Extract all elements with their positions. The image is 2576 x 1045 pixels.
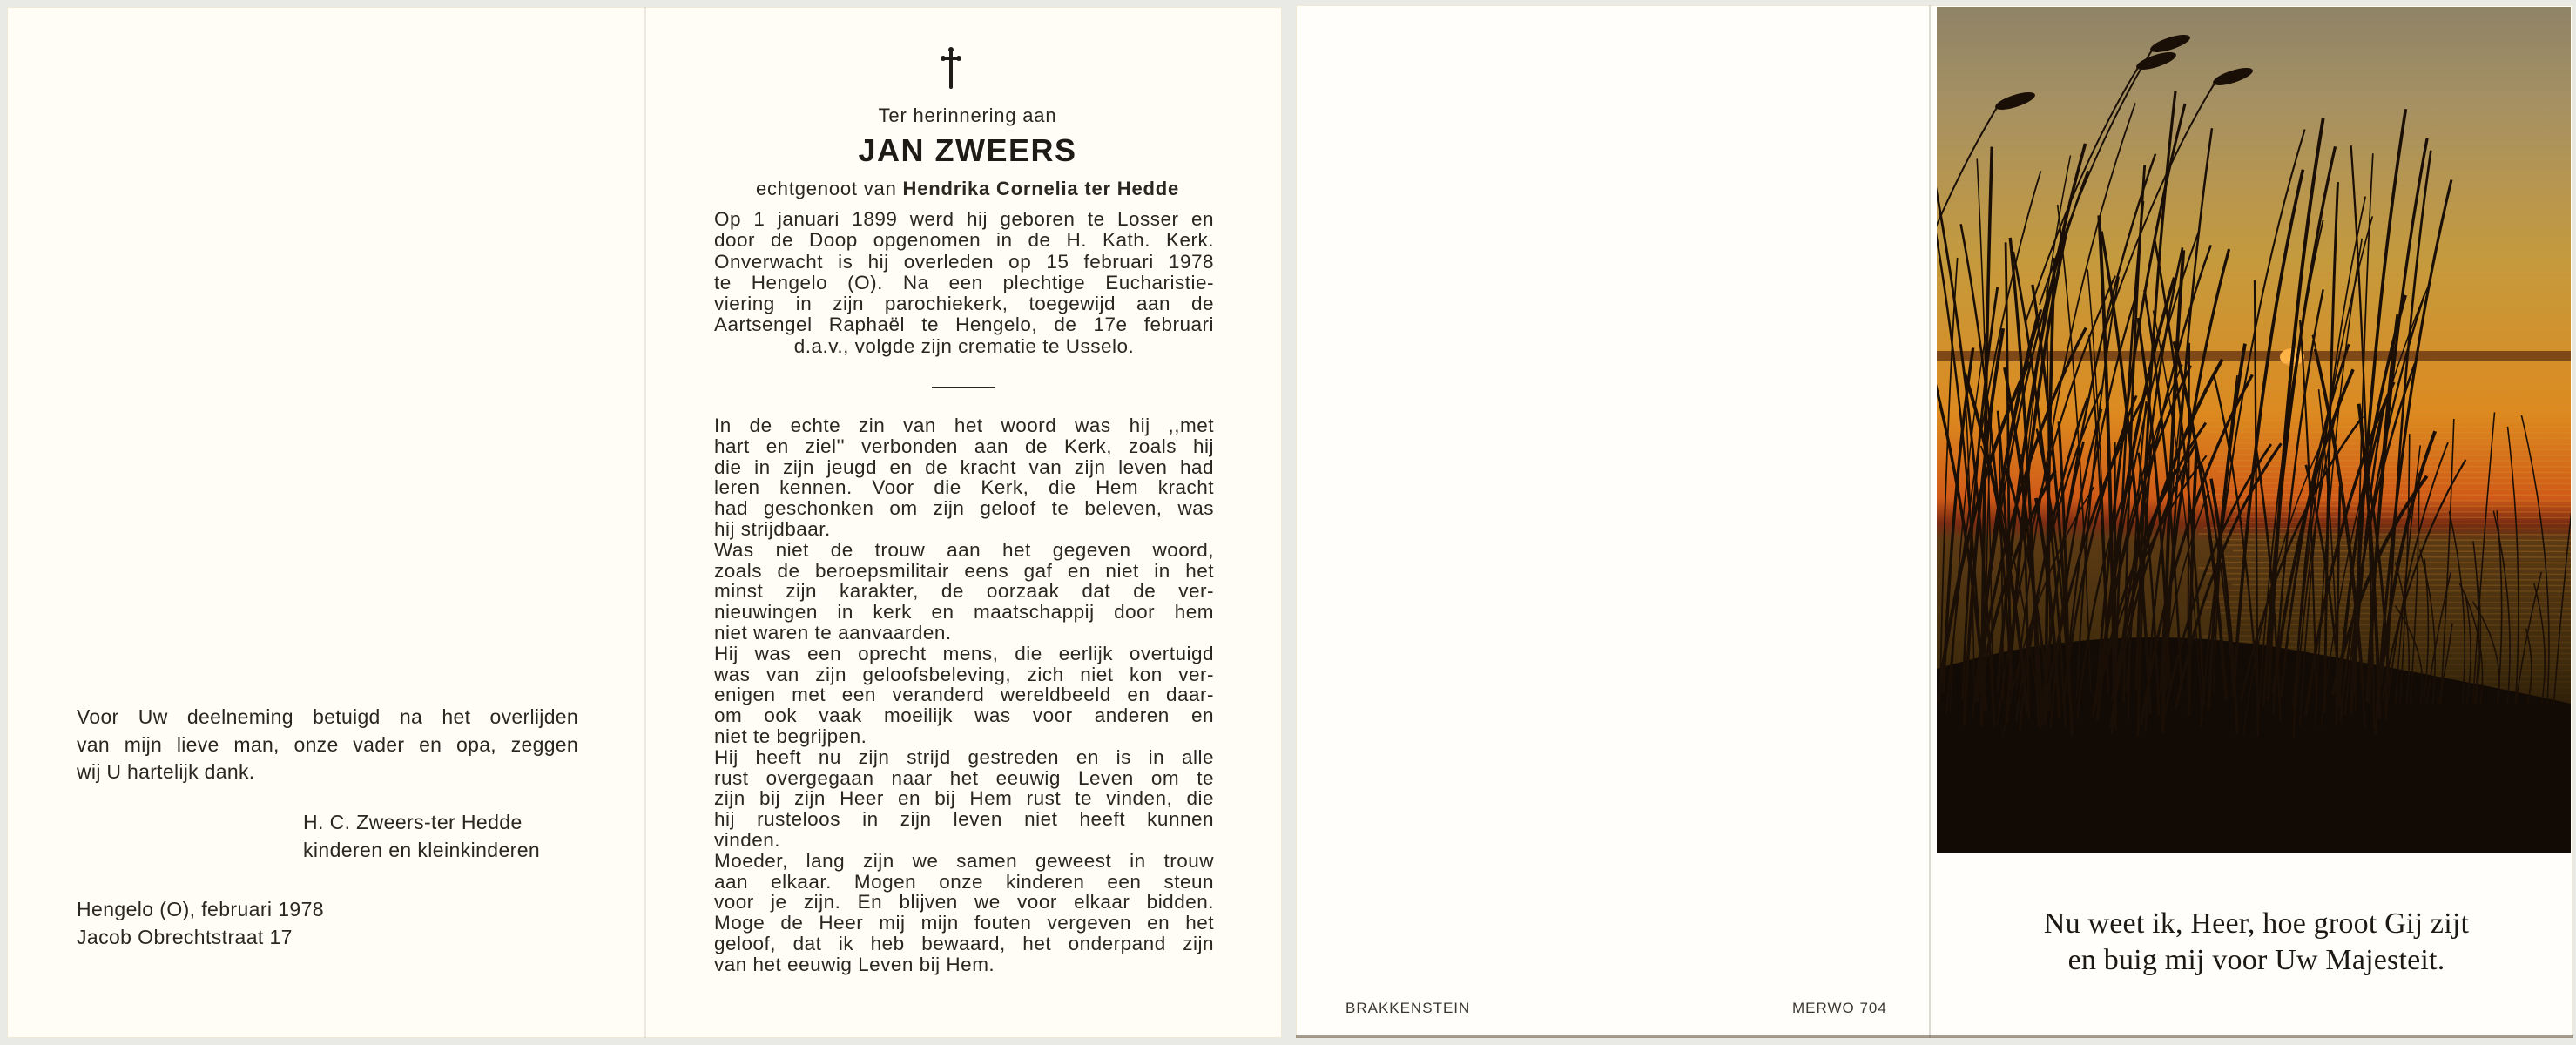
memorial-intro: Ter herinnering aan <box>707 104 1228 127</box>
tribute-line: zijn bij zijn Heer en bij Hem rust te vi… <box>714 788 1214 809</box>
biography-line: Onverwacht is hij overleden op 15 februa… <box>714 252 1214 273</box>
card-fold <box>1929 5 1931 1038</box>
verse: Nu weet ik, Heer, hoe groot Gij zijt en … <box>1940 906 2573 979</box>
biography-line: Op 1 januari 1899 werd hij geboren te Lo… <box>714 209 1214 230</box>
tribute-line: leren kennen. Voor die Kerk, die Hem kra… <box>714 477 1214 498</box>
tribute-line: rust overgegaan naar het eeuwig Leven om… <box>714 768 1214 789</box>
tribute-line: was van zijn geloofsbeleving, zich niet … <box>714 664 1214 685</box>
verse-line: Nu weet ik, Heer, hoe groot Gij zijt <box>1940 906 2573 942</box>
tribute-line: had geschonken om zijn geloof te beleven… <box>714 498 1214 519</box>
tribute-line: enigen met een veranderd wereldbeeld en … <box>714 684 1214 705</box>
tribute-line: hij rusteloos in zijn leven niet heeft k… <box>714 809 1214 830</box>
tribute-line: Hij heeft nu zijn strijd gestreden en is… <box>714 747 1214 768</box>
tribute-line: geloof, dat ik heb bewaard, het onderpan… <box>714 934 1214 954</box>
tribute-line: minst zijn karakter, de oorzaak dat de v… <box>714 581 1214 602</box>
thank-you-line: van mijn lieve man, onze vader en opa, z… <box>77 731 578 759</box>
tribute-text: In de echte zin van het woord was hij ,,… <box>714 415 1214 975</box>
tribute-line: nieuwingen in kerk en maatschappij door … <box>714 602 1214 623</box>
divider-rule <box>932 387 995 388</box>
tribute-line: die in zijn jeugd en de kracht van zijn … <box>714 457 1214 478</box>
tribute-line: vinden. <box>714 830 1214 851</box>
tribute-line: Moeder, lang zijn we samen geweest in tr… <box>714 851 1214 872</box>
tribute-line: niet te begrijpen. <box>714 726 1214 747</box>
signers: H. C. Zweers-ter Hedde kinderen en klein… <box>303 808 540 864</box>
tribute-line: Moge de Heer mij mijn fouten vergeven en… <box>714 913 1214 934</box>
biography-line: door de Doop opgenomen in de H. Kath. Ke… <box>714 230 1214 251</box>
card-edge <box>1296 1035 2573 1038</box>
publisher-imprint: BRAKKENSTEIN <box>1345 1000 1470 1017</box>
biography-line: d.a.v., volgde zijn crematie te Usselo. <box>714 336 1214 357</box>
tribute-line: Hij was een oprecht mens, die eerlijk ov… <box>714 644 1214 664</box>
tribute-line: voor je zijn. En blijven we voor elkaar … <box>714 892 1214 913</box>
thank-you-line: wij U hartelijk dank. <box>77 758 578 786</box>
model-number: MERWO 704 <box>1792 1000 1887 1017</box>
spouse-prefix: echtgenoot van <box>756 178 897 199</box>
tribute-line: hij strijdbaar. <box>714 519 1214 540</box>
tribute-line: niet waren te aanvaarden. <box>714 623 1214 644</box>
place-date: Hengelo (O), februari 1978 <box>77 895 324 923</box>
tribute-line: om ook vaak moeilijk was voor anderen en <box>714 705 1214 726</box>
card-fold <box>644 7 646 1038</box>
tribute-line: In de echte zin van het woord was hij ,,… <box>714 415 1214 436</box>
thank-you-note: Voor Uw deelneming betuigd na het overli… <box>77 704 578 786</box>
biography-line: viering in zijn parochiekerk, toegewijd … <box>714 293 1214 314</box>
tribute-line: Was niet de trouw aan het gegeven woord, <box>714 540 1214 561</box>
deceased-name: JAN ZWEERS <box>707 132 1228 169</box>
biography-line: te Hengelo (O). Na een plechtige Euchari… <box>714 273 1214 293</box>
thank-you-line: Voor Uw deelneming betuigd na het overli… <box>77 704 578 731</box>
address: Jacob Obrechtstraat 17 <box>77 923 324 951</box>
biography: Op 1 januari 1899 werd hij geboren te Lo… <box>714 209 1214 357</box>
tribute-line: zoals de beroepsmilitair eens gaf en nie… <box>714 561 1214 582</box>
tribute-line: aan elkaar. Mogen onze kinderen een steu… <box>714 872 1214 893</box>
signer-name: H. C. Zweers-ter Hedde <box>303 808 540 836</box>
tribute-line: hart en ziel'' verbonden aan de Kerk, zo… <box>714 436 1214 457</box>
spouse-line: echtgenoot van Hendrika Cornelia ter Hed… <box>707 178 1228 200</box>
cross-icon <box>941 47 961 91</box>
verse-line: en buig mij voor Uw Majesteit. <box>1940 942 2573 979</box>
sunset-reeds-photo <box>1937 7 2571 853</box>
biography-line: Aartsengel Raphaël te Hengelo, de 17e fe… <box>714 314 1214 335</box>
spouse-name: Hendrika Cornelia ter Hedde <box>903 178 1179 199</box>
place-and-address: Hengelo (O), februari 1978 Jacob Obrecht… <box>77 895 324 951</box>
reeds-silhouette <box>1937 7 2571 853</box>
tribute-line: van het eeuwig Leven bij Hem. <box>714 954 1214 975</box>
signer-family: kinderen en kleinkinderen <box>303 836 540 864</box>
